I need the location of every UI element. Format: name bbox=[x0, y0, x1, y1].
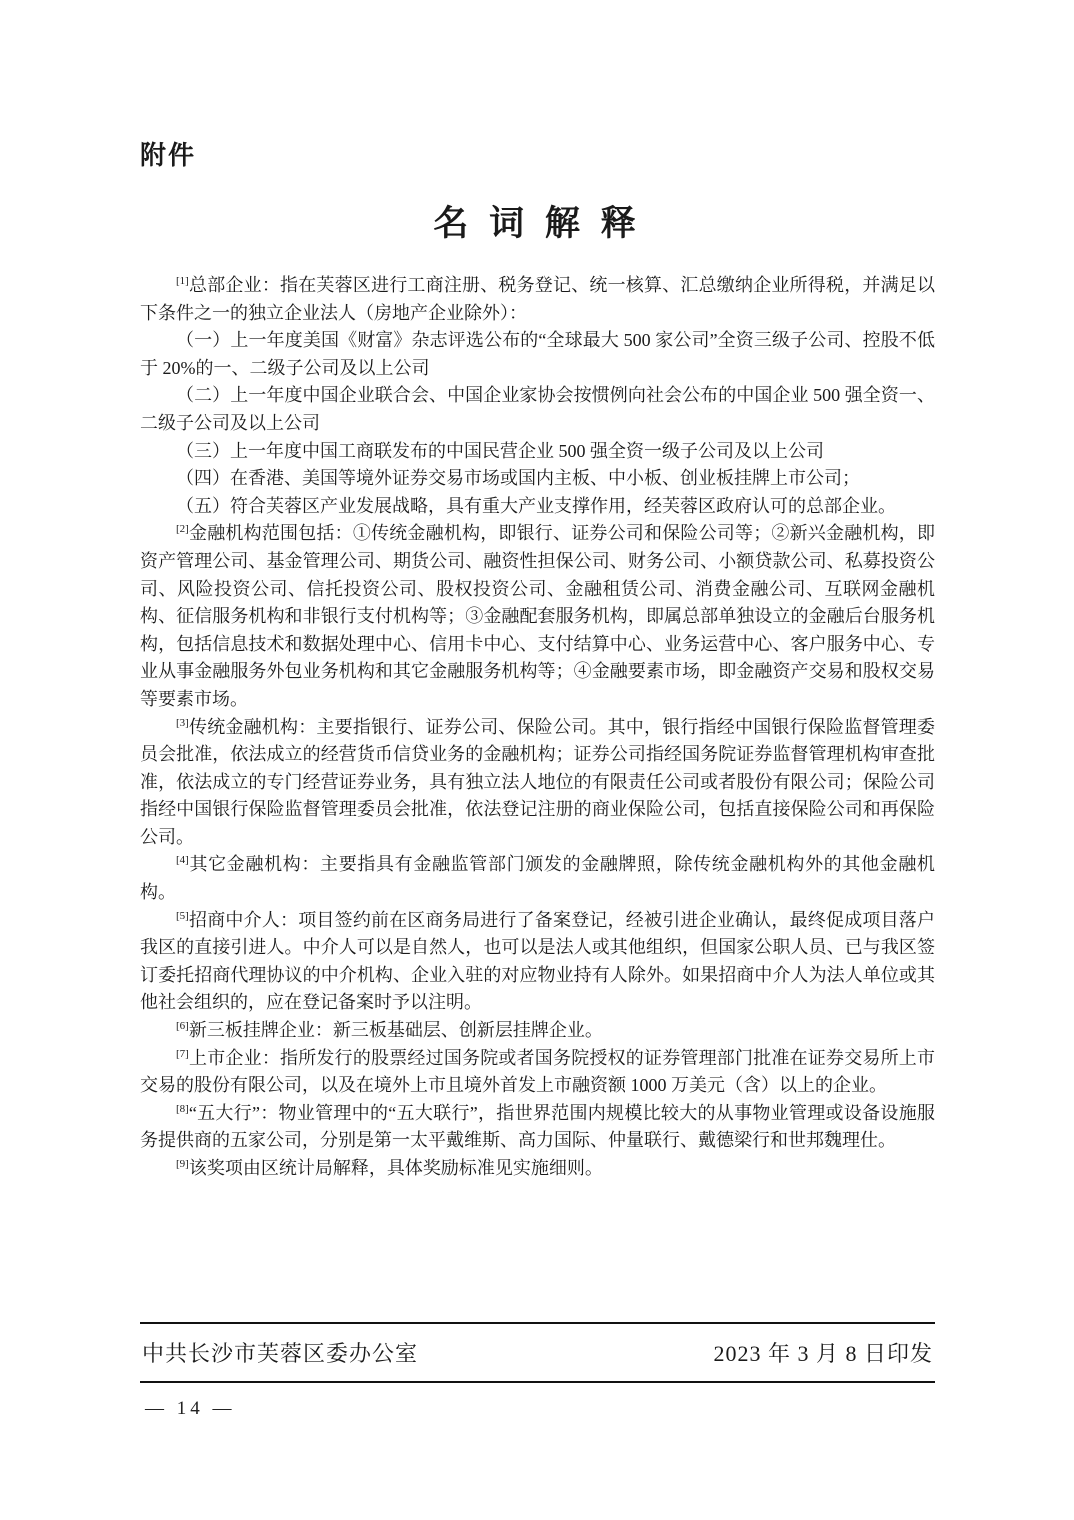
paragraph-text: （三）上一年度中国工商联发布的中国民营企业 500 强全资一级子公司及以上公司 bbox=[176, 441, 824, 461]
paragraph-text: （五）符合芙蓉区产业发展战略，具有重大产业支撑作用，经芙蓉区政府认可的总部企业。 bbox=[176, 496, 896, 516]
page-footer: 中共长沙市芙蓉区委办公室 2023 年 3 月 8 日印发 bbox=[140, 1322, 935, 1383]
definition-paragraph: [9]该奖项由区统计局解释，具体奖励标准见实施细则。 bbox=[140, 1155, 935, 1183]
footnote-marker: [9] bbox=[176, 1158, 189, 1170]
definition-subitem: （三）上一年度中国工商联发布的中国民营企业 500 强全资一级子公司及以上公司 bbox=[140, 438, 935, 466]
paragraph-text: （一）上一年度美国《财富》杂志评选公布的“全球最大 500 家公司”全资三级子公… bbox=[140, 330, 935, 378]
footnote-marker: [6] bbox=[176, 1020, 189, 1032]
document-body: [1]总部企业：指在芙蓉区进行工商注册、税务登记、统一核算、汇总缴纳企业所得税，… bbox=[140, 272, 935, 1183]
paragraph-text: 传统金融机构：主要指银行、证券公司、保险公司。其中，银行指经中国银行保险监督管理… bbox=[140, 717, 935, 847]
page-title: 名 词 解 释 bbox=[140, 196, 935, 246]
print-date: 2023 年 3 月 8 日印发 bbox=[713, 1337, 933, 1368]
paragraph-text: 金融机构范围包括：①传统金融机构，即银行、证券公司和保险公司等；②新兴金融机构，… bbox=[140, 523, 935, 709]
definition-subitem: （一）上一年度美国《财富》杂志评选公布的“全球最大 500 家公司”全资三级子公… bbox=[140, 327, 935, 382]
issuing-office: 中共长沙市芙蓉区委办公室 bbox=[142, 1337, 418, 1368]
definition-paragraph: [6]新三板挂牌企业：新三板基础层、创新层挂牌企业。 bbox=[140, 1017, 935, 1045]
attachment-label: 附件 bbox=[140, 135, 196, 172]
definition-paragraph: [8]“五大行”：物业管理中的“五大联行”，指世界范围内规模比较大的从事物业管理… bbox=[140, 1100, 935, 1155]
footnote-marker: [5] bbox=[176, 910, 189, 922]
footnote-marker: [7] bbox=[176, 1048, 189, 1060]
paragraph-text: （二）上一年度中国企业联合会、中国企业家协会按惯例向社会公布的中国企业 500 … bbox=[140, 385, 935, 433]
footnote-marker: [1] bbox=[176, 275, 189, 287]
footer-imprint-row: 中共长沙市芙蓉区委办公室 2023 年 3 月 8 日印发 bbox=[140, 1324, 935, 1381]
document-page: 附件 名 词 解 释 [1]总部企业：指在芙蓉区进行工商注册、税务登记、统一核算… bbox=[0, 0, 1074, 1520]
definition-subitem: （二）上一年度中国企业联合会、中国企业家协会按惯例向社会公布的中国企业 500 … bbox=[140, 382, 935, 437]
definition-paragraph: [2]金融机构范围包括：①传统金融机构，即银行、证券公司和保险公司等；②新兴金融… bbox=[140, 520, 935, 713]
paragraph-text: 该奖项由区统计局解释，具体奖励标准见实施细则。 bbox=[189, 1158, 603, 1178]
definition-paragraph: [4]其它金融机构：主要指具有金融监管部门颁发的金融牌照，除传统金融机构外的其他… bbox=[140, 851, 935, 906]
paragraph-text: 总部企业：指在芙蓉区进行工商注册、税务登记、统一核算、汇总缴纳企业所得税，并满足… bbox=[140, 275, 935, 323]
footnote-marker: [4] bbox=[176, 854, 189, 866]
definition-subitem: （四）在香港、美国等境外证券交易市场或国内主板、中小板、创业板挂牌上市公司； bbox=[140, 465, 935, 493]
footnote-marker: [8] bbox=[176, 1103, 189, 1115]
paragraph-text: 上市企业：指所发行的股票经过国务院或者国务院授权的证券管理部门批准在证券交易所上… bbox=[140, 1048, 935, 1096]
definition-paragraph: [1]总部企业：指在芙蓉区进行工商注册、税务登记、统一核算、汇总缴纳企业所得税，… bbox=[140, 272, 935, 327]
footnote-marker: [3] bbox=[176, 717, 189, 729]
paragraph-text: 招商中介人：项目签约前在区商务局进行了备案登记，经被引进企业确认，最终促成项目落… bbox=[140, 910, 935, 1013]
definition-paragraph: [3]传统金融机构：主要指银行、证券公司、保险公司。其中，银行指经中国银行保险监… bbox=[140, 714, 935, 852]
definition-subitem: （五）符合芙蓉区产业发展战略，具有重大产业支撑作用，经芙蓉区政府认可的总部企业。 bbox=[140, 493, 935, 521]
paragraph-text: “五大行”：物业管理中的“五大联行”，指世界范围内规模比较大的从事物业管理或设备… bbox=[140, 1103, 935, 1151]
definition-paragraph: [5]招商中介人：项目签约前在区商务局进行了备案登记，经被引进企业确认，最终促成… bbox=[140, 907, 935, 1017]
page-number: — 14 — bbox=[145, 1398, 236, 1420]
paragraph-text: 新三板挂牌企业：新三板基础层、创新层挂牌企业。 bbox=[189, 1020, 603, 1040]
footnote-marker: [2] bbox=[176, 523, 189, 535]
footer-rule-bottom bbox=[140, 1381, 935, 1383]
paragraph-text: 其它金融机构：主要指具有金融监管部门颁发的金融牌照，除传统金融机构外的其他金融机… bbox=[140, 854, 935, 902]
definition-paragraph: [7]上市企业：指所发行的股票经过国务院或者国务院授权的证券管理部门批准在证券交… bbox=[140, 1045, 935, 1100]
paragraph-text: （四）在香港、美国等境外证券交易市场或国内主板、中小板、创业板挂牌上市公司； bbox=[176, 468, 860, 488]
